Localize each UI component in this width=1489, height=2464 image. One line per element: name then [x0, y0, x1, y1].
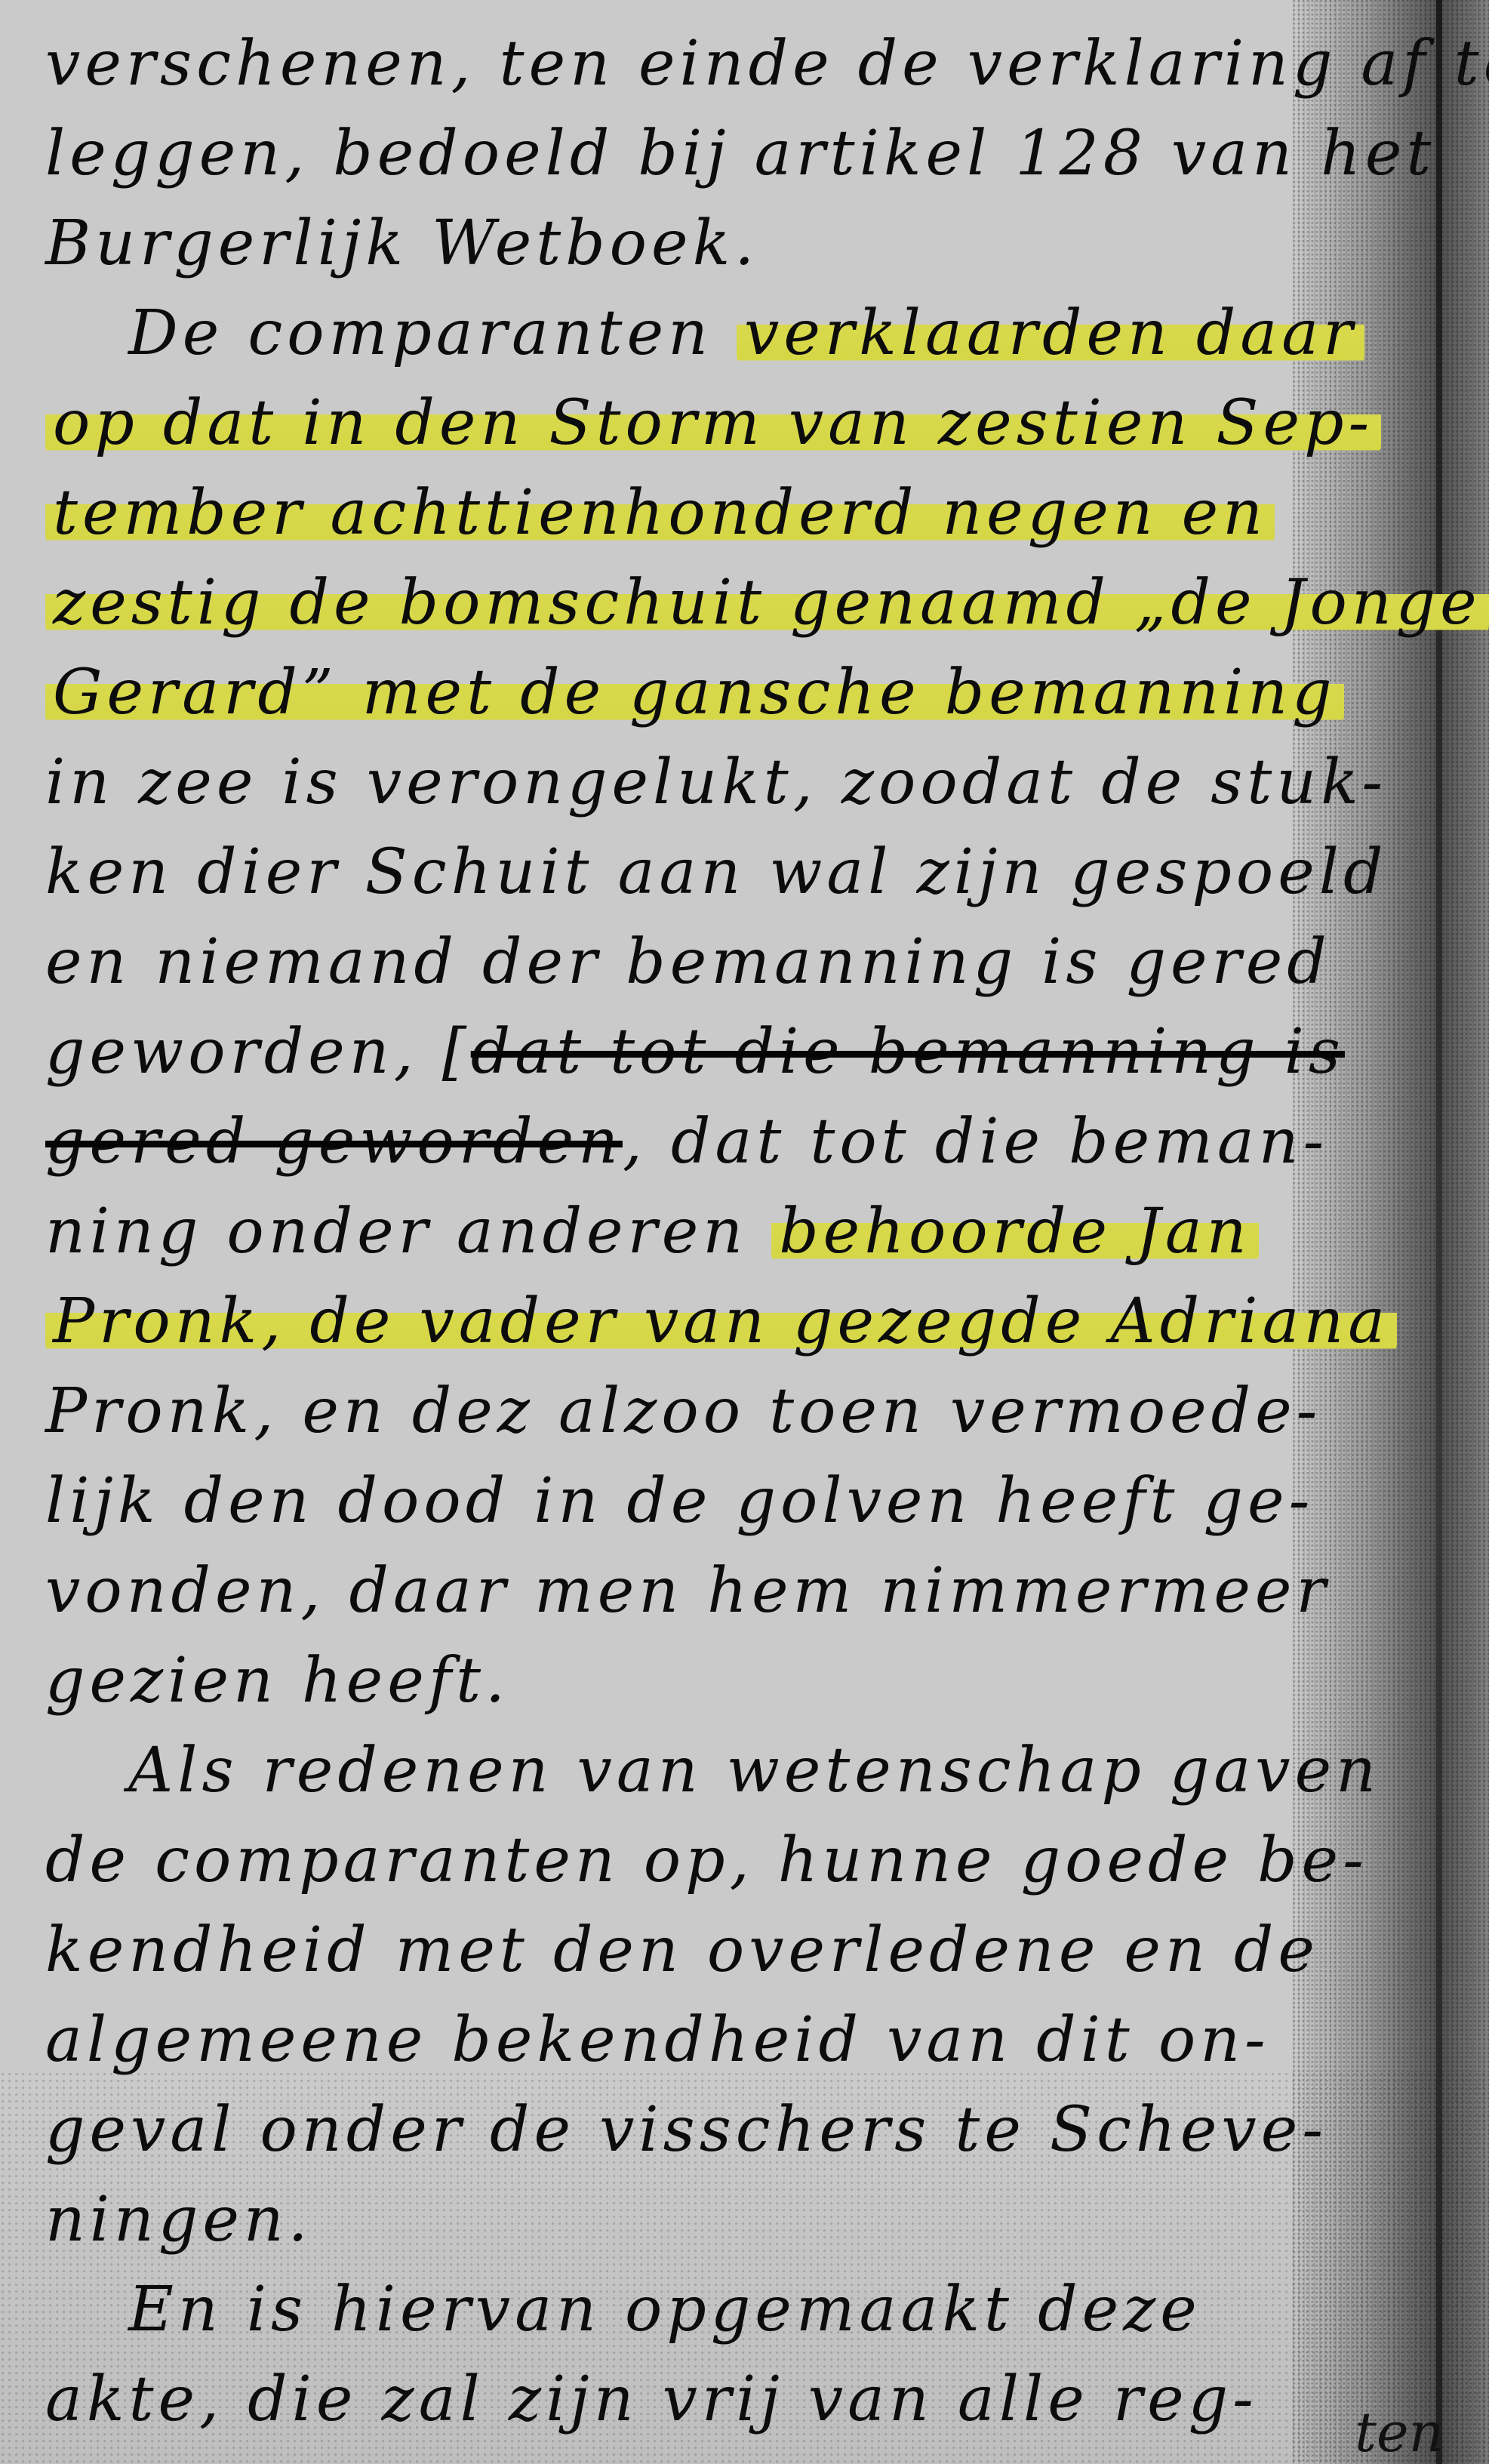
- text-segment: ning onder anderen: [45, 1196, 771, 1267]
- text-segment: in zee is verongelukt, zoodat de stuk-: [45, 747, 1387, 818]
- highlighted-text: Pronk, de vader van gezegde Adriana: [45, 1286, 1397, 1357]
- text-segment: ningen.: [45, 2184, 312, 2256]
- text-line: akte, die zal zijn vrij van alle reg-: [45, 2343, 1258, 2456]
- text-segment: geval onder de visschers te Scheve-: [45, 2094, 1327, 2166]
- text-segment: Pronk, en dez alzoo toen vermoede-: [45, 1375, 1321, 1447]
- catchword: ten: [1355, 2401, 1444, 2464]
- text-segment: kendheid met den overledene en de: [45, 1914, 1319, 1986]
- text-segment: algemeene bekendheid van dit on-: [45, 2004, 1270, 2076]
- text-segment: vonden, daar men hem nimmermeer: [45, 1555, 1331, 1627]
- highlighted-text: op dat in den Storm van zestien Sep-: [45, 387, 1381, 459]
- highlighted-text: zestig de bomschuit genaamd „de Jonge: [45, 567, 1489, 639]
- highlighted-text: verklaarden daar: [737, 297, 1364, 369]
- text-segment: De comparanten: [45, 297, 737, 369]
- highlighted-text: Gerard” met de gansche bemanning: [45, 657, 1344, 728]
- document-page: verschenen, ten einde de verklaring af t…: [0, 0, 1489, 2464]
- text-segment: , dat tot die beman-: [623, 1106, 1328, 1178]
- text-segment: lijk den dood in de golven heeft ge-: [45, 1465, 1314, 1537]
- text-segment: de comparanten op, hunne goede be-: [45, 1825, 1368, 1896]
- text-segment: akte, die zal zijn vrij van alle reg-: [45, 2364, 1258, 2435]
- text-segment: En is hiervan opgemaakt deze: [45, 2274, 1201, 2345]
- text-segment: gezien heeft.: [45, 1645, 509, 1717]
- text-segment: verschenen, ten einde de verklaring af t…: [45, 28, 1489, 100]
- text-segment: ken dier Schuit aan wal zijn gespoeld: [45, 836, 1388, 908]
- text-segment: en niemand der bemanning is gered: [45, 926, 1331, 998]
- text-segment: Als redenen van wetenschap gaven: [45, 1735, 1380, 1806]
- highlighted-text: tember achttienhonderd negen en: [45, 477, 1275, 549]
- struck-through-text: gered geworden: [45, 1106, 623, 1178]
- text-segment: geworden, [: [45, 1016, 471, 1088]
- struck-through-text: dat tot die bemanning is: [471, 1016, 1345, 1088]
- highlighted-text: behoorde Jan: [771, 1196, 1258, 1267]
- text-segment: leggen, bedoeld bij artikel 128 van het: [45, 118, 1435, 189]
- text-segment: Burgerlijk Wetboek.: [45, 208, 758, 279]
